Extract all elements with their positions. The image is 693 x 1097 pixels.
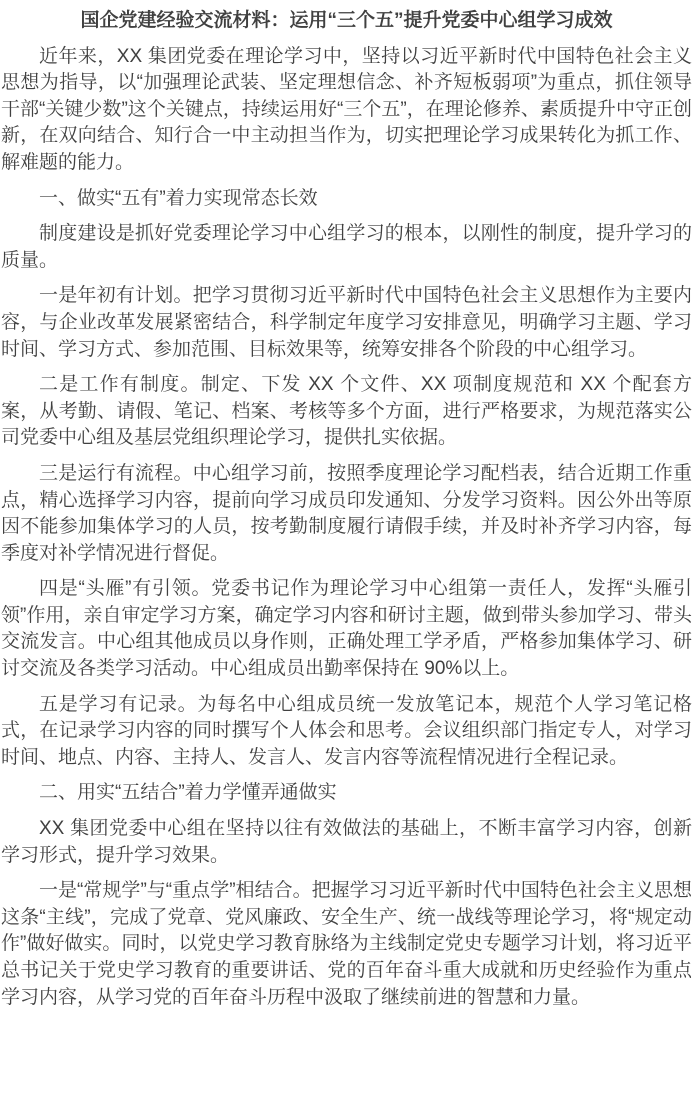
paragraph-section2-intro: XX 集团党委中心组在坚持以往有效做法的基础上，不断丰富学习内容，创新学习形式，… [1, 816, 692, 869]
paragraph-system-basis: 制度建设是抓好党委理论学习中心组学习的根本，以刚性的制度，提升学习的质量。 [1, 221, 692, 274]
paragraph-point-5-records: 五是学习有记录。为每名中心组成员统一发放笔记本，规范个人学习笔记格式，在记录学习… [1, 692, 692, 772]
document-page: 国企党建经验交流材料：运用“三个五”提升党委中心组学习成效 近年来，XX 集团党… [0, 0, 693, 1013]
document-title: 国企党建经验交流材料：运用“三个五”提升党委中心组学习成效 [1, 8, 692, 35]
paragraph-point-1-plan: 一是年初有计划。把学习贯彻习近平新时代中国特色社会主义思想作为主要内容，与企业改… [1, 283, 692, 363]
intro-paragraph: 近年来，XX 集团党委在理论学习中，坚持以习近平新时代中国特色社会主义思想为指导… [1, 44, 692, 177]
paragraph-point-3-process: 三是运行有流程。中心组学习前，按照季度理论学习配档表，结合近期工作重点，精心选择… [1, 461, 692, 567]
paragraph-combine-1: 一是“常规学”与“重点学”相结合。把握学习习近平新时代中国特色社会主义思想这条“… [1, 878, 692, 1011]
paragraph-point-2-system: 二是工作有制度。制定、下发 XX 个文件、XX 项制度规范和 XX 个配套方案，… [1, 372, 692, 452]
section-heading-2: 二、用实“五结合”着力学懂弄通做实 [1, 780, 692, 807]
section-heading-1: 一、做实“五有”着力实现常态长效 [1, 186, 692, 213]
paragraph-point-4-leadership: 四是“头雁”有引领。党委书记作为理论学习中心组第一责任人，发挥“头雁引领”作用，… [1, 576, 692, 682]
